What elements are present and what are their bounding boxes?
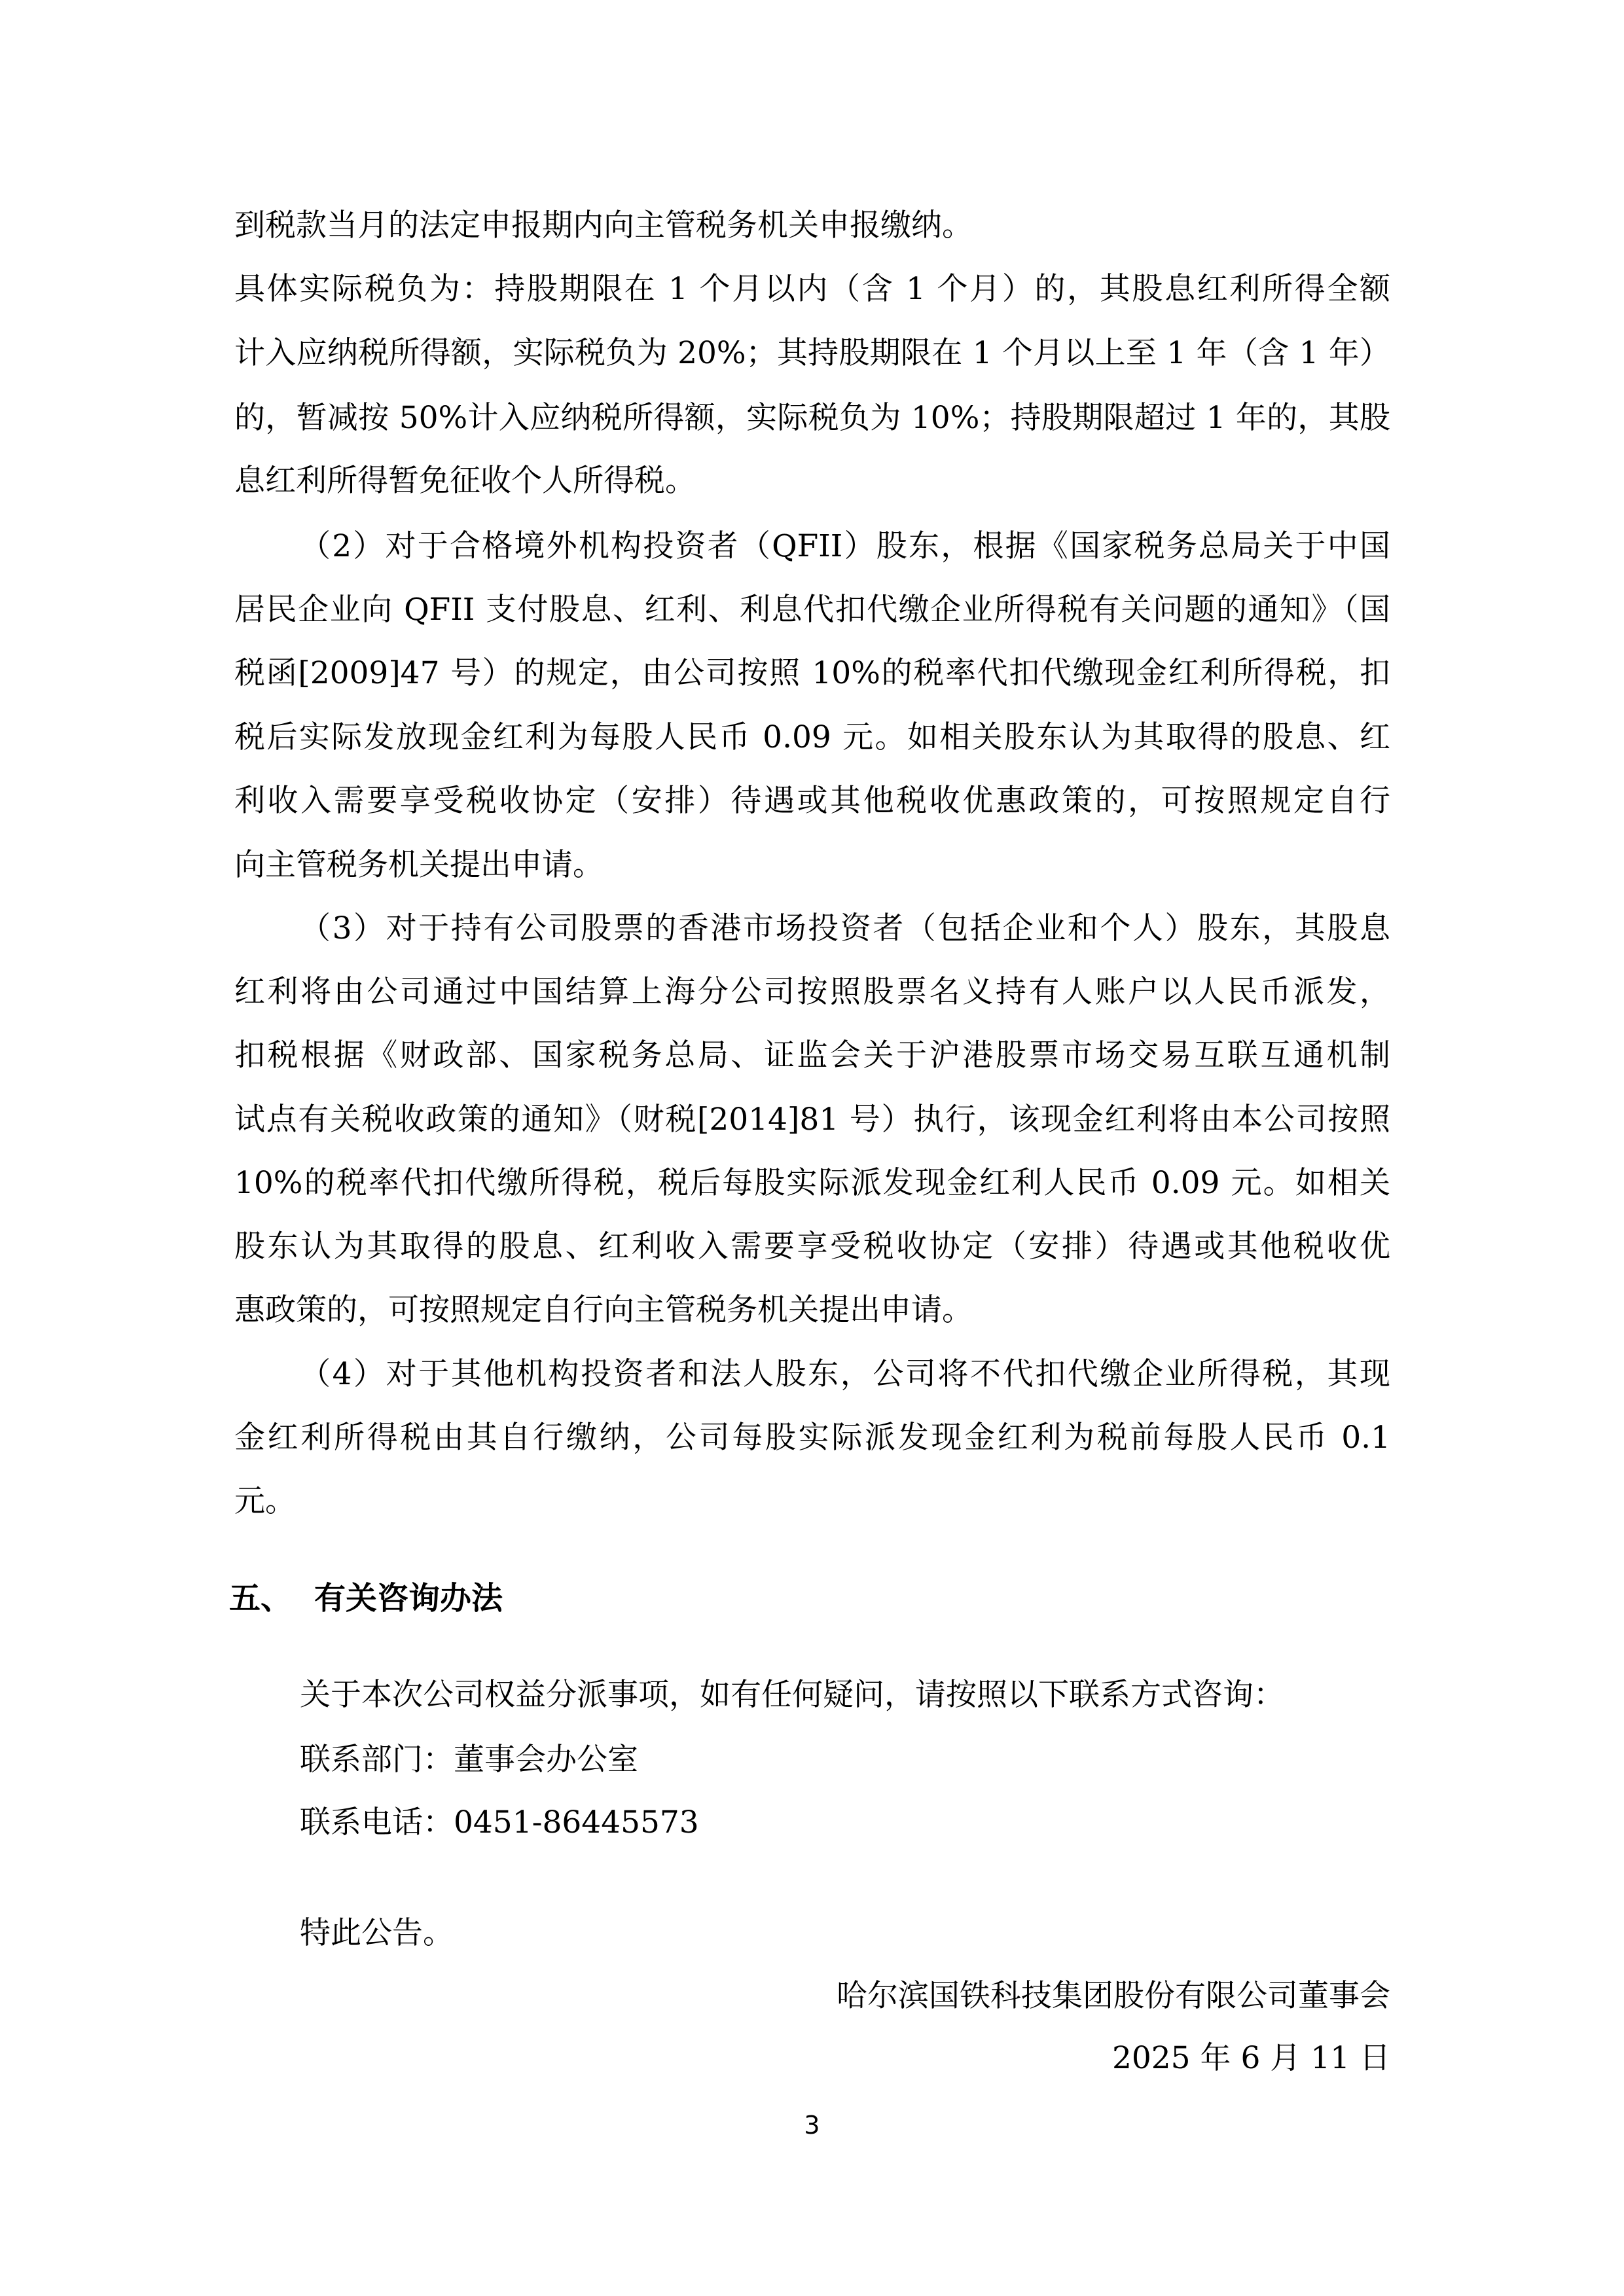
contact-phone: 联系电话：0451-86445573	[300, 1803, 699, 1842]
document-page: 到税款当月的法定申报期内向主管税务机关申报缴纳。 具体实际税负为：持股期限在 1…	[0, 0, 1624, 2296]
paragraph-line: 红利将由公司通过中国结算上海分公司按照股票名义持有人账户以人民币派发，	[234, 973, 1390, 1012]
signature-company: 哈尔滨国铁科技集团股份有限公司董事会	[837, 1977, 1390, 2016]
paragraph-line: 试点有关税收政策的通知》（财税[2014]81 号）执行，该现金红利将由本公司按…	[234, 1100, 1390, 1139]
page-number: 3	[0, 2109, 1624, 2142]
closing-statement: 特此公告。	[300, 1914, 454, 1953]
signature-date: 2025 年 6 月 11 日	[1112, 2039, 1390, 2078]
paragraph-line: 息红利所得暂免征收个人所得税。	[234, 461, 1390, 501]
contact-intro: 关于本次公司权益分派事项，如有任何疑问，请按照以下联系方式咨询：	[300, 1676, 1284, 1715]
paragraph-line: （3）对于持有公司股票的香港市场投资者（包括企业和个人）股东，其股息	[300, 909, 1390, 948]
paragraph-line: 元。	[234, 1482, 1390, 1521]
paragraph-line: 到税款当月的法定申报期内向主管税务机关申报缴纳。	[234, 206, 1390, 245]
paragraph-line: 向主管税务机关提出申请。	[234, 846, 1390, 885]
paragraph-line: 的，暂减按 50%计入应纳税所得额，实际税负为 10%；持股期限超过 1 年的，…	[234, 399, 1390, 438]
paragraph-line: （2）对于合格境外机构投资者（QFII）股东，根据《国家税务总局关于中国	[300, 527, 1390, 566]
paragraph-line: 税函[2009]47 号）的规定，由公司按照 10%的税率代扣代缴现金红利所得税…	[234, 654, 1390, 693]
paragraph-line: （4）对于其他机构投资者和法人股东，公司将不代扣代缴企业所得税，其现	[300, 1355, 1390, 1394]
section-heading: 五、有关咨询办法	[229, 1579, 503, 1618]
paragraph-line: 计入应纳税所得额，实际税负为 20%；其持股期限在 1 个月以上至 1 年（含 …	[234, 334, 1390, 373]
paragraph-line: 利收入需要享受税收协定（安排）待遇或其他税收优惠政策的，可按照规定自行	[234, 781, 1390, 821]
paragraph-line: 具体实际税负为：持股期限在 1 个月以内（含 1 个月）的，其股息红利所得全额	[234, 270, 1390, 309]
section-number: 五、	[229, 1579, 314, 1618]
contact-department: 联系部门：董事会办公室	[300, 1740, 638, 1780]
paragraph-line: 金红利所得税由其自行缴纳，公司每股实际派发现金红利为税前每股人民币 0.1	[234, 1418, 1390, 1458]
paragraph-line: 惠政策的，可按照规定自行向主管税务机关提出申请。	[234, 1291, 1390, 1330]
section-title: 有关咨询办法	[314, 1580, 503, 1617]
paragraph-line: 10%的税率代扣代缴所得税，税后每股实际派发现金红利人民币 0.09 元。如相关	[234, 1164, 1390, 1203]
paragraph-line: 股东认为其取得的股息、红利收入需要享受税收协定（安排）待遇或其他税收优	[234, 1227, 1390, 1266]
paragraph-line: 税后实际发放现金红利为每股人民币 0.09 元。如相关股东认为其取得的股息、红	[234, 718, 1390, 757]
paragraph-line: 扣税根据《财政部、国家税务总局、证监会关于沪港股票市场交易互联互通机制	[234, 1036, 1390, 1075]
paragraph-line: 居民企业向 QFII 支付股息、红利、利息代扣代缴企业所得税有关问题的通知》（国	[234, 590, 1390, 630]
